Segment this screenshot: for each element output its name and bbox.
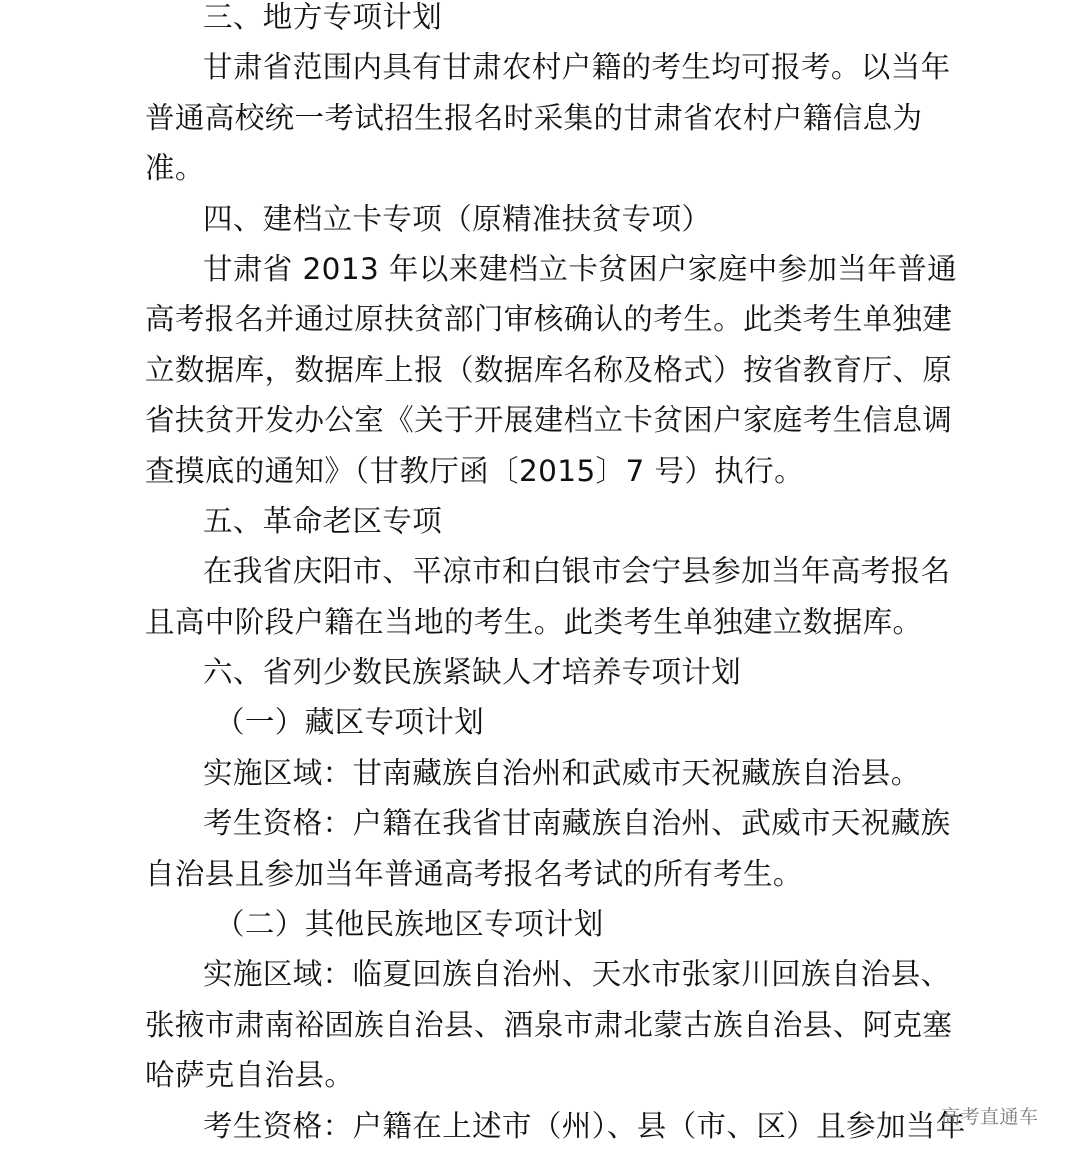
paragraph-line: 立数据库，数据库上报（数据库名称及格式）按省教育厅、原 [145, 345, 940, 395]
section-heading-poverty-plan: 四、建档立卡专项（原精准扶贫专项） [145, 194, 940, 244]
document-page: 三、地方专项计划 甘肃省范围内具有甘肃农村户籍的考生均可报考。以当年 普通高校统… [145, 0, 940, 1151]
paragraph-line: 考生资格：户籍在我省甘南藏族自治州、武威市天祝藏族 [145, 798, 940, 848]
section-heading-minority-talent-plan: 六、省列少数民族紧缺人才培养专项计划 [145, 647, 940, 697]
paragraph-line: 考生资格：户籍在上述市（州）、县（市、区）且参加当年 [145, 1101, 940, 1151]
section-heading-local-plan: 三、地方专项计划 [145, 0, 940, 42]
paragraph-line: 甘肃省 2013 年以来建档立卡贫困户家庭中参加当年普通 [145, 244, 940, 294]
paragraph-line: 甘肃省范围内具有甘肃农村户籍的考生均可报考。以当年 [145, 42, 940, 92]
paragraph-line: 张掖市肃南裕固族自治县、酒泉市肃北蒙古族自治县、阿克塞 [145, 1000, 940, 1050]
paragraph-line: 普通高校统一考试招生报名时采集的甘肃省农村户籍信息为 [145, 93, 940, 143]
paragraph-line: 准。 [145, 143, 940, 193]
paragraph-line: 省扶贫开发办公室《关于开展建档立卡贫困户家庭考生信息调 [145, 395, 940, 445]
paragraph-line: 自治县且参加当年普通高考报名考试的所有考生。 [145, 849, 940, 899]
paragraph-line: 查摸底的通知》（甘教厅函〔2015〕7 号）执行。 [145, 446, 940, 496]
subsection-heading-tibetan-area: （一）藏区专项计划 [145, 697, 940, 747]
paragraph-line: 高考报名并通过原扶贫部门审核确认的考生。此类考生单独建 [145, 294, 940, 344]
paragraph-line: 实施区域：甘南藏族自治州和武威市天祝藏族自治县。 [145, 748, 940, 798]
section-heading-old-revolutionary-area: 五、革命老区专项 [145, 496, 940, 546]
paragraph-line: 实施区域：临夏回族自治州、天水市张家川回族自治县、 [145, 949, 940, 999]
paragraph-line: 哈萨克自治县。 [145, 1050, 940, 1100]
paragraph-line: 在我省庆阳市、平凉市和白银市会宁县参加当年高考报名 [145, 546, 940, 596]
watermark-label: 高考直通车 [941, 1102, 1039, 1129]
paragraph-line: 且高中阶段户籍在当地的考生。此类考生单独建立数据库。 [145, 597, 940, 647]
subsection-heading-other-ethnic-areas: （二）其他民族地区专项计划 [145, 899, 940, 949]
